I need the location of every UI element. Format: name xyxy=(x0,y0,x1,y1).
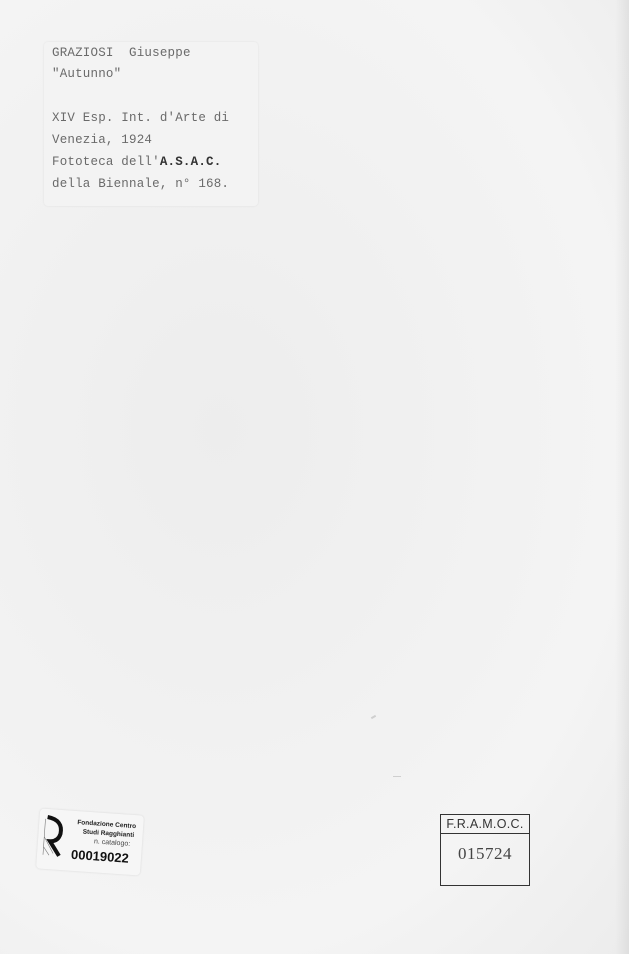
exhibition-line-2: Venezia, 1924 xyxy=(52,134,152,147)
artwork-title: "Autunno" xyxy=(52,68,121,81)
stamp-number: 015724 xyxy=(441,844,529,864)
page-edge-shadow xyxy=(615,0,629,954)
artist-line: GRAZIOSI Giuseppe xyxy=(52,47,191,60)
org-line-2: Studi Ragghianti xyxy=(82,828,134,839)
catalog-number: 00019022 xyxy=(71,847,130,866)
framoc-stamp: F.R.A.M.O.C. 015724 xyxy=(440,814,530,886)
catalog-sticker: Fondazione Centro Studi Ragghianti n. ca… xyxy=(36,808,144,875)
ragghianti-r-logo-icon xyxy=(41,813,66,858)
archive-line-1: Fototeca dell'A.S.A.C. xyxy=(52,156,221,169)
artist-surname: GRAZIOSI xyxy=(52,46,114,60)
artist-name: Giuseppe xyxy=(129,46,191,60)
stamp-header: F.R.A.M.O.C. xyxy=(441,815,529,834)
catalog-label: n. catalogo: xyxy=(94,838,131,848)
exhibition-line-1: XIV Esp. Int. d'Arte di xyxy=(52,112,229,125)
smudge-mark xyxy=(393,776,401,777)
smudge-mark xyxy=(371,715,376,719)
archive-acronym: A.S.A.C. xyxy=(160,155,222,169)
archive-line-2: della Biennale, n° 168. xyxy=(52,178,229,191)
archive-prefix: Fototeca dell' xyxy=(52,155,160,169)
